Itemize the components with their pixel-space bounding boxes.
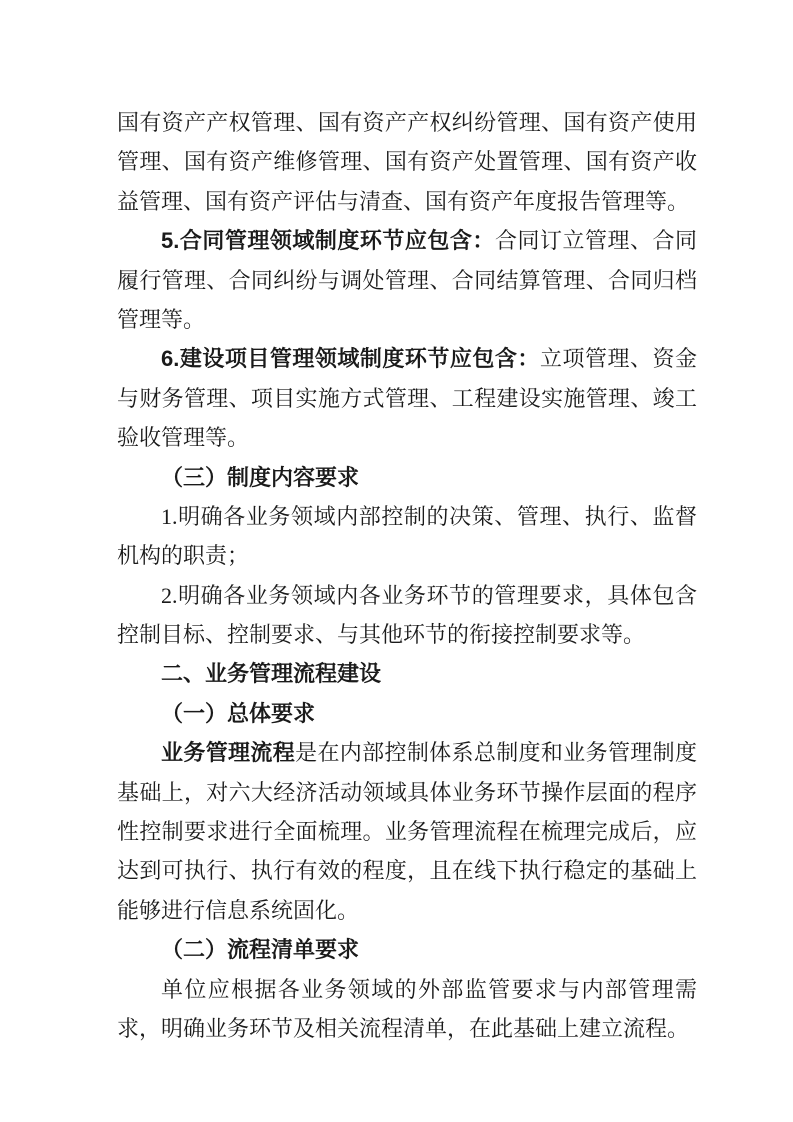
text-run: 验收管理等。 — [117, 425, 249, 450]
text-run: 管理、国有资产维修管理、国有资产处置管理、国有资产收 — [117, 149, 697, 174]
text-line: 6.建设项目管理领域制度环节应包含：立项管理、资金 — [117, 339, 697, 378]
text-run: 机构的职责； — [117, 543, 249, 568]
text-line: 控制目标、控制要求、与其他环节的衔接控制要求等。 — [117, 615, 697, 654]
text-line: 求，明确业务环节及相关流程清单，在此基础上建立流程。 — [117, 1009, 697, 1048]
text-run: 基础上，对六大经济活动领域具体业务环节操作层面的程序 — [117, 780, 697, 805]
text-line: 益管理、国有资产评估与清查、国有资产年度报告管理等。 — [117, 182, 697, 221]
text-run: 单位应根据各业务领域的外部监管要求与内部管理需 — [161, 977, 697, 1002]
text-line: 能够进行信息系统固化。 — [117, 891, 697, 930]
text-run: 求，明确业务环节及相关流程清单，在此基础上建立流程。 — [117, 1016, 689, 1041]
text-line: 机构的职责； — [117, 536, 697, 575]
text-line: 管理、国有资产维修管理、国有资产处置管理、国有资产收 — [117, 142, 697, 181]
emphasis-run: （三）制度内容要求 — [161, 465, 359, 490]
paragraph: 国有资产产权管理、国有资产产权纠纷管理、国有资产使用管理、国有资产维修管理、国有… — [117, 103, 697, 221]
text-line: 基础上，对六大经济活动领域具体业务环节操作层面的程序 — [117, 773, 697, 812]
page-body-text: 国有资产产权管理、国有资产产权纠纷管理、国有资产使用管理、国有资产维修管理、国有… — [117, 103, 697, 1048]
text-line: 单位应根据各业务领域的外部监管要求与内部管理需 — [117, 970, 697, 1009]
emphasis-run: 二、业务管理流程建设 — [161, 661, 381, 686]
text-run: 管理等。 — [117, 307, 205, 332]
paragraph: 业务管理流程是在内部控制体系总制度和业务管理制度基础上，对六大经济活动领域具体业… — [117, 733, 697, 930]
paragraph: （一）总体要求 — [117, 694, 697, 733]
text-line: （三）制度内容要求 — [117, 458, 697, 497]
emphasis-run: （一）总体要求 — [161, 701, 315, 726]
document-page: 国有资产产权管理、国有资产产权纠纷管理、国有资产使用管理、国有资产维修管理、国有… — [0, 0, 793, 1122]
text-line: 性控制要求进行全面梳理。业务管理流程在梳理完成后，应 — [117, 812, 697, 851]
paragraph: （二）流程清单要求 — [117, 930, 697, 969]
emphasis-run: （二）流程清单要求 — [161, 937, 359, 962]
text-line: 管理等。 — [117, 300, 697, 339]
text-line: 履行管理、合同纠纷与调处管理、合同结算管理、合同归档 — [117, 261, 697, 300]
text-line: 验收管理等。 — [117, 418, 697, 457]
text-line: 业务管理流程是在内部控制体系总制度和业务管理制度 — [117, 733, 697, 772]
emphasis-run: 5.合同管理领域制度环节应包含： — [161, 228, 495, 253]
paragraph: 1.明确各业务领域内部控制的决策、管理、执行、监督机构的职责； — [117, 497, 697, 576]
text-run: 合同订立管理、合同 — [495, 228, 697, 253]
text-run: 2.明确各业务领域内各业务环节的管理要求，具体包含 — [161, 583, 697, 608]
text-run: 履行管理、合同纠纷与调处管理、合同结算管理、合同归档 — [117, 268, 697, 293]
paragraph: 单位应根据各业务领域的外部监管要求与内部管理需求，明确业务环节及相关流程清单，在… — [117, 970, 697, 1049]
paragraph: 2.明确各业务领域内各业务环节的管理要求，具体包含控制目标、控制要求、与其他环节… — [117, 576, 697, 655]
text-run: 控制目标、控制要求、与其他环节的衔接控制要求等。 — [117, 622, 645, 647]
text-line: 5.合同管理领域制度环节应包含：合同订立管理、合同 — [117, 221, 697, 260]
paragraph: 二、业务管理流程建设 — [117, 654, 697, 693]
text-run: 性控制要求进行全面梳理。业务管理流程在梳理完成后，应 — [117, 819, 697, 844]
text-run: 国有资产产权管理、国有资产产权纠纷管理、国有资产使用 — [117, 110, 697, 135]
text-line: 1.明确各业务领域内部控制的决策、管理、执行、监督 — [117, 497, 697, 536]
emphasis-run: 业务管理流程 — [161, 740, 295, 765]
text-line: 二、业务管理流程建设 — [117, 654, 697, 693]
text-line: （一）总体要求 — [117, 694, 697, 733]
text-run: 是在内部控制体系总制度和业务管理制度 — [295, 740, 697, 765]
text-line: （二）流程清单要求 — [117, 930, 697, 969]
text-run: 立项管理、资金 — [540, 346, 697, 371]
text-run: 能够进行信息系统固化。 — [117, 898, 359, 923]
text-run: 与财务管理、项目实施方式管理、工程建设实施管理、竣工 — [117, 386, 697, 411]
text-line: 2.明确各业务领域内各业务环节的管理要求，具体包含 — [117, 576, 697, 615]
text-line: 与财务管理、项目实施方式管理、工程建设实施管理、竣工 — [117, 379, 697, 418]
paragraph: （三）制度内容要求 — [117, 458, 697, 497]
text-run: 1.明确各业务领域内部控制的决策、管理、执行、监督 — [161, 504, 697, 529]
text-line: 达到可执行、执行有效的程度，且在线下执行稳定的基础上 — [117, 851, 697, 890]
text-run: 益管理、国有资产评估与清查、国有资产年度报告管理等。 — [117, 189, 689, 214]
paragraph: 6.建设项目管理领域制度环节应包含：立项管理、资金与财务管理、项目实施方式管理、… — [117, 339, 697, 457]
paragraph: 5.合同管理领域制度环节应包含：合同订立管理、合同履行管理、合同纠纷与调处管理、… — [117, 221, 697, 339]
text-line: 国有资产产权管理、国有资产产权纠纷管理、国有资产使用 — [117, 103, 697, 142]
text-run: 达到可执行、执行有效的程度，且在线下执行稳定的基础上 — [117, 858, 697, 883]
emphasis-run: 6.建设项目管理领域制度环节应包含： — [161, 346, 540, 371]
